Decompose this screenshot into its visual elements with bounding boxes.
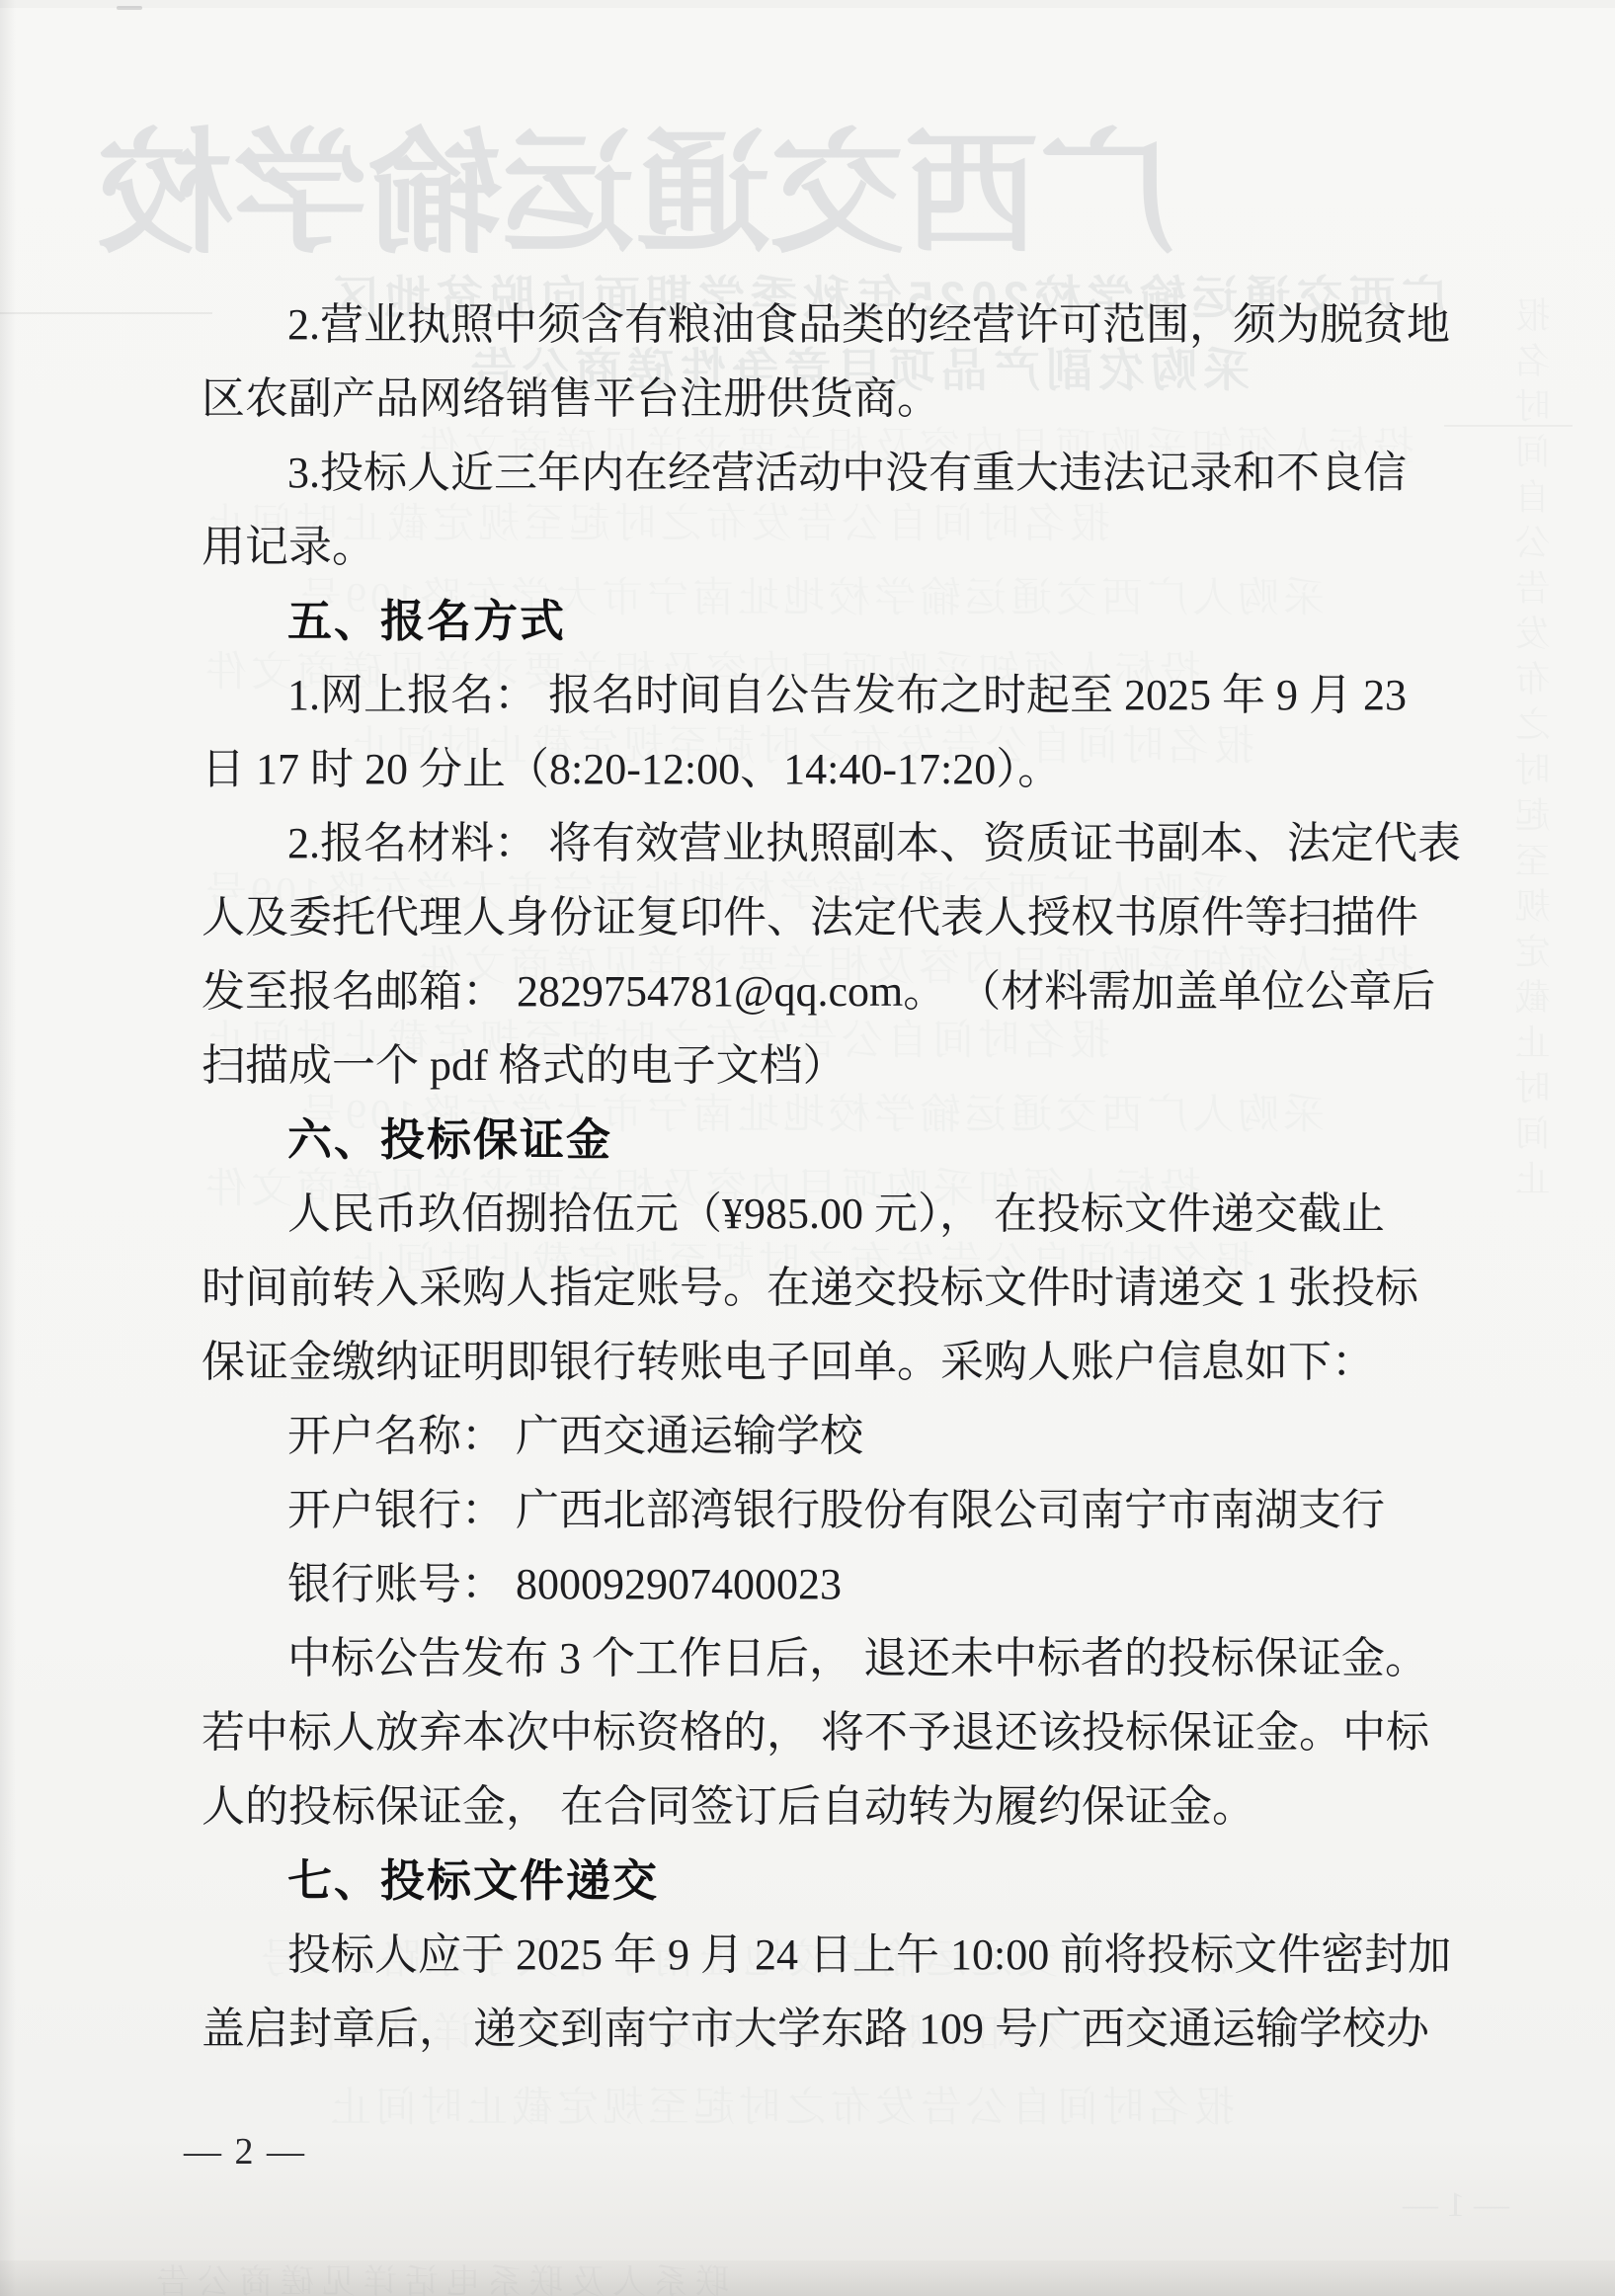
- doc-line: 日 17 时 20 分止（8:20-12:00、14:40-17:20）。: [202, 732, 1495, 806]
- bleedthrough-ghost-line: 报名时间自公告发布之时起至规定截止时间止: [326, 2075, 1235, 2134]
- doc-line: 区农副产品网络销售平台注册供货商。: [202, 362, 1495, 436]
- doc-line: 若中标人放弃本次中标资格的， 将不予退还该投标保证金。中标: [202, 1695, 1495, 1769]
- doc-line: 投标人应于 2025 年 9 月 24 日上午 10:00 前将投标文件密封加: [202, 1918, 1495, 1992]
- doc-line: 2.营业执照中须含有粮油食品类的经营许可范围，须为脱贫地: [202, 287, 1495, 362]
- doc-line: 保证金缴纳证明即银行转账电子回单。采购人账户信息如下：: [202, 1325, 1495, 1399]
- bleedthrough-ghost-line: — 1 —: [1403, 2183, 1509, 2225]
- doc-line: 2.报名材料： 将有效营业执照副本、资质证书副本、法定代表: [202, 806, 1495, 880]
- scan-edge-shadow-left: [0, 0, 16, 2296]
- scan-streak: [0, 312, 212, 314]
- doc-line: 人民币玖佰捌拾伍元（¥985.00 元）， 在投标文件递交截止: [202, 1177, 1495, 1251]
- doc-line: 人及委托代理人身份证复印件、法定代表人授权书原件等扫描件: [202, 880, 1495, 954]
- scan-edge-shadow-top: [0, 0, 1615, 8]
- doc-line: 人的投标保证金， 在合同签订后自动转为履约保证金。: [202, 1769, 1495, 1844]
- doc-line: 中标公告发布 3 个工作日后， 退还未中标者的投标保证金。: [202, 1621, 1495, 1695]
- doc-line-bank-name: 开户银行： 广西北部湾银行股份有限公司南宁市南湖支行: [202, 1473, 1495, 1547]
- doc-line-account-name: 开户名称： 广西交通运输学校: [202, 1399, 1495, 1473]
- scan-streak: [1444, 425, 1573, 427]
- page-number: — 2 —: [184, 2130, 306, 2173]
- doc-line: 时间前转入采购人指定账号。在递交投标文件时请递交 1 张投标: [202, 1251, 1495, 1325]
- scan-edge-shadow-bottom: [0, 2260, 1615, 2296]
- section-heading-registration: 五、报名方式: [202, 584, 1495, 658]
- scan-speck: [117, 6, 142, 10]
- scanned-page: 广西交通运输学校 广西交通运输学校2025年秋季学期面向脱贫地区 采购农副产品项…: [0, 0, 1615, 2296]
- section-heading-bid-bond: 六、投标保证金: [202, 1103, 1495, 1177]
- document-body: 2.营业执照中须含有粮油食品类的经营许可范围，须为脱贫地 区农副产品网络销售平台…: [202, 287, 1495, 2066]
- doc-line: 盖启封章后， 递交到南宁市大学东路 109 号广西交通运输学校办: [202, 1992, 1495, 2066]
- doc-line: 1.网上报名： 报名时间自公告发布之时起至 2025 年 9 月 23: [202, 658, 1495, 732]
- doc-line: 3.投标人近三年内在经营活动中没有重大违法记录和不良信: [202, 436, 1495, 510]
- doc-line: 用记录。: [202, 510, 1495, 584]
- bleedthrough-title: 广西交通运输学校: [99, 85, 1173, 279]
- doc-line-bank-account-number: 银行账号： 800092907400023: [202, 1547, 1495, 1621]
- bleedthrough-ghost-line: 报名时间自公告发布之时起至规定截止时间止: [1509, 296, 1560, 1205]
- doc-line: 发至报名邮箱： 2829754781@qq.com。 （材料需加盖单位公章后: [202, 954, 1495, 1028]
- doc-line: 扫描成一个 pdf 格式的电子文档）: [202, 1028, 1495, 1103]
- section-heading-bid-submission: 七、投标文件递交: [202, 1844, 1495, 1918]
